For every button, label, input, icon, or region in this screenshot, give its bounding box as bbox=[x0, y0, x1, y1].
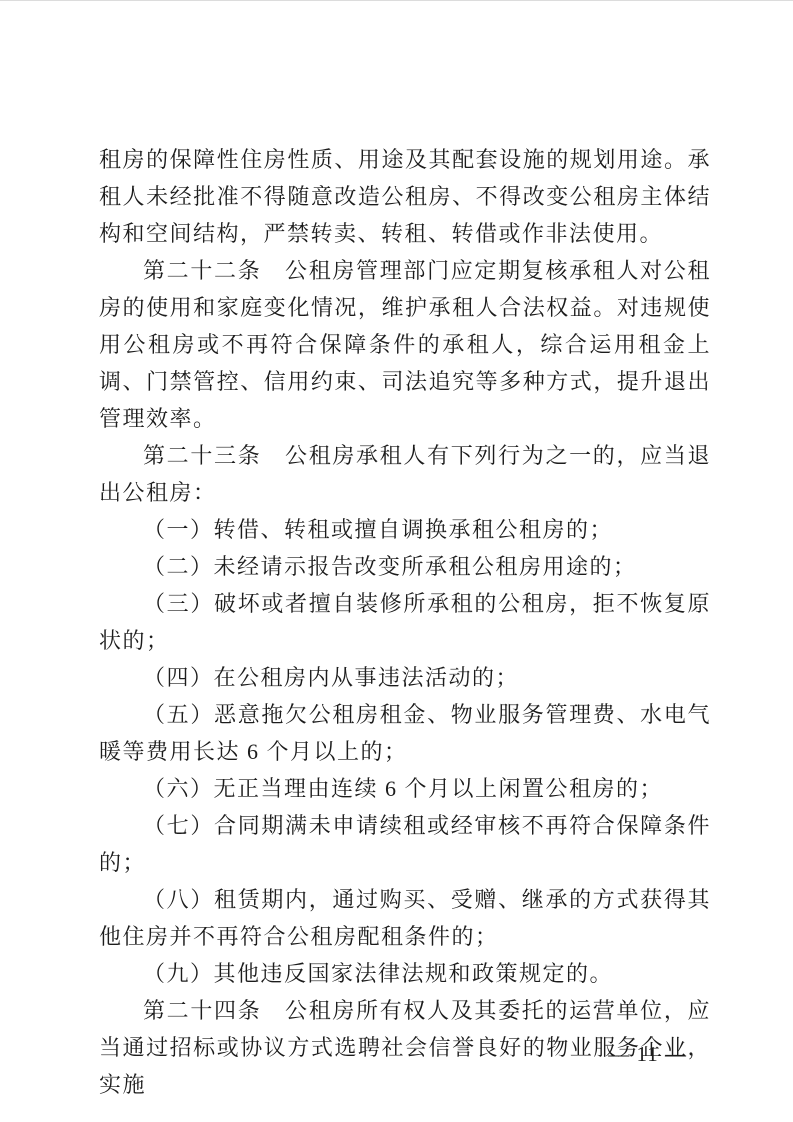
item-paragraph: （五）恶意拖欠公租房租金、物业服务管理费、水电气暖等费用长达 6 个月以上的； bbox=[99, 696, 711, 770]
continuation-paragraph: 租房的保障性住房性质、用途及其配套设施的规划用途。承租人未经批准不得随意改造公租… bbox=[99, 141, 711, 252]
article-paragraph: 第二十二条 公租房管理部门应定期复核承租人对公租房的使用和家庭变化情况，维护承租… bbox=[99, 252, 711, 437]
item-paragraph: （七）合同期满未申请续租或经审核不再符合保障条件的； bbox=[99, 807, 711, 881]
item-paragraph: （二）未经请示报告改变所承租公租房用途的； bbox=[99, 548, 711, 585]
item-paragraph: （四）在公租房内从事违法活动的； bbox=[99, 659, 711, 696]
page-number: — 11 — bbox=[608, 1042, 687, 1067]
item-paragraph: （一）转借、转租或擅自调换承租公租房的； bbox=[99, 511, 711, 548]
item-paragraph: （九）其他违反国家法律法规和政策规定的。 bbox=[99, 955, 711, 992]
item-paragraph: （三）破坏或者擅自装修所承租的公租房，拒不恢复原状的； bbox=[99, 585, 711, 659]
item-paragraph: （六）无正当理由连续 6 个月以上闲置公租房的； bbox=[99, 770, 711, 807]
item-paragraph: （八）租赁期内，通过购买、受赠、继承的方式获得其他住房并不再符合公租房配租条件的… bbox=[99, 881, 711, 955]
document-body: 租房的保障性住房性质、用途及其配套设施的规划用途。承租人未经批准不得随意改造公租… bbox=[99, 141, 711, 1103]
document-page: 租房的保障性住房性质、用途及其配套设施的规划用途。承租人未经批准不得随意改造公租… bbox=[0, 0, 793, 1122]
article-paragraph: 第二十三条 公租房承租人有下列行为之一的，应当退出公租房： bbox=[99, 437, 711, 511]
